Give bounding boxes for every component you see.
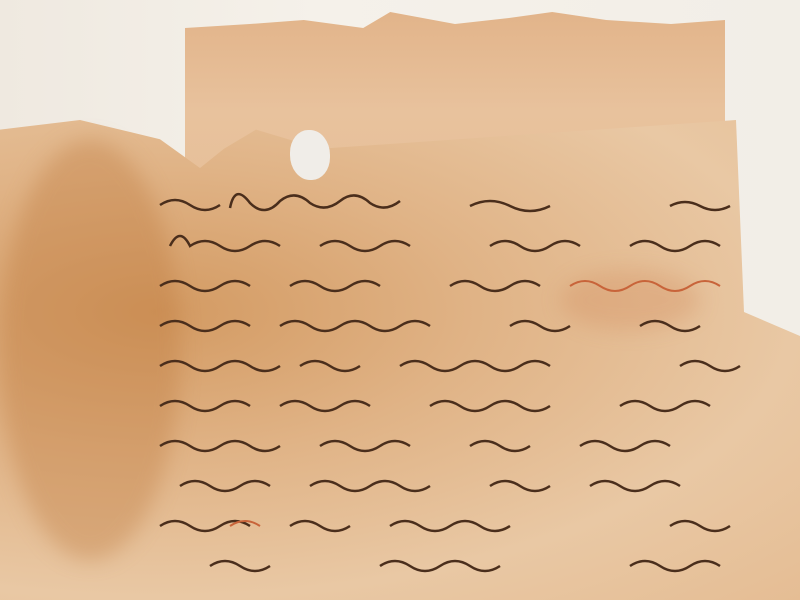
script-line [150,420,770,460]
script-line [150,540,770,580]
script-line [150,300,770,340]
script-line [150,380,770,420]
parchment-hole [290,130,330,180]
script-line [150,500,770,540]
script-line [150,180,770,220]
script-line [150,340,770,380]
manuscript-photo: Photograph of an aged, torn parchment ma… [0,0,800,600]
script-line [150,460,770,500]
script-line [150,260,770,300]
script-line [150,220,770,260]
handwritten-text-block [150,180,770,580]
